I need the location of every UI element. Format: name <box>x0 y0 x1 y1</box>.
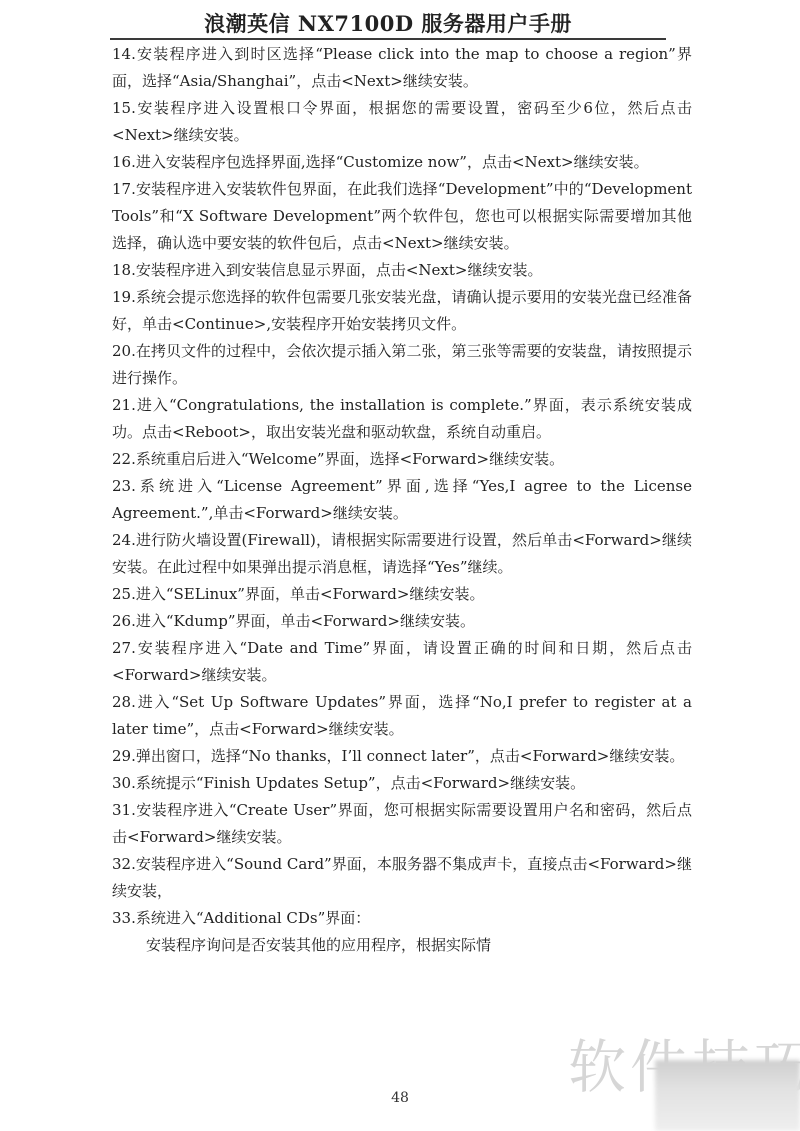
step-14: 14.安装程序进入到时区选择“Please click into the map… <box>112 41 692 95</box>
step-20: 20.在拷贝文件的过程中，会依次提示插入第二张，第三张等需要的安装盘，请按照提示… <box>112 338 692 392</box>
step-22: 22.系统重启后进入“Welcome”界面，选择<Forward>继续安装。 <box>112 446 692 473</box>
step-24: 24.进行防火墙设置(Firewall)，请根据实际需要进行设置，然后单击<Fo… <box>112 527 692 581</box>
step-32: 32.安装程序进入“Sound Card”界面，本服务器不集成声卡，直接点击<F… <box>112 851 692 905</box>
page-header-title: 浪潮英信 NX7100D 服务器用户手册 <box>110 8 666 38</box>
step-30: 30.系统提示“Finish Updates Setup”，点击<Forward… <box>112 770 692 797</box>
header-divider <box>110 38 666 40</box>
step-16: 16.进入安装程序包选择界面,选择“Customize now”，点击<Next… <box>112 149 692 176</box>
step-25: 25.进入“SELinux”界面，单击<Forward>继续安装。 <box>112 581 692 608</box>
step-23: 23.系统进入“License Agreement”界面,选择“Yes,I ag… <box>112 473 692 527</box>
step-15: 15.安装程序进入设置根口令界面，根据您的需要设置，密码至少6位，然后点击<Ne… <box>112 95 692 149</box>
step-33: 33.系统进入“Additional CDs”界面： <box>112 905 692 932</box>
step-17: 17.安装程序进入安装软件包界面，在此我们选择“Development”中的“D… <box>112 176 692 257</box>
step-18: 18.安装程序进入到安装信息显示界面，点击<Next>继续安装。 <box>112 257 692 284</box>
step-29: 29.弹出窗口，选择“No thanks，I’ll connect later”… <box>112 743 692 770</box>
step-28: 28.进入“Set Up Software Updates”界面，选择“No,I… <box>112 689 692 743</box>
step-31: 31.安装程序进入“Create User”界面，您可根据实际需要设置用户名和密… <box>112 797 692 851</box>
step-33-continuation: 安装程序询问是否安装其他的应用程序，根据实际情 <box>112 932 692 959</box>
step-27: 27.安装程序进入“Date and Time”界面，请设置正确的时间和日期，然… <box>112 635 692 689</box>
document-body: 14.安装程序进入到时区选择“Please click into the map… <box>112 41 692 959</box>
watermark-overlay <box>655 1060 800 1131</box>
step-26: 26.进入“Kdump”界面，单击<Forward>继续安装。 <box>112 608 692 635</box>
step-21: 21.进入“Congratulations, the installation … <box>112 392 692 446</box>
step-19: 19.系统会提示您选择的软件包需要几张安装光盘，请确认提示要用的安装光盘已经准备… <box>112 284 692 338</box>
